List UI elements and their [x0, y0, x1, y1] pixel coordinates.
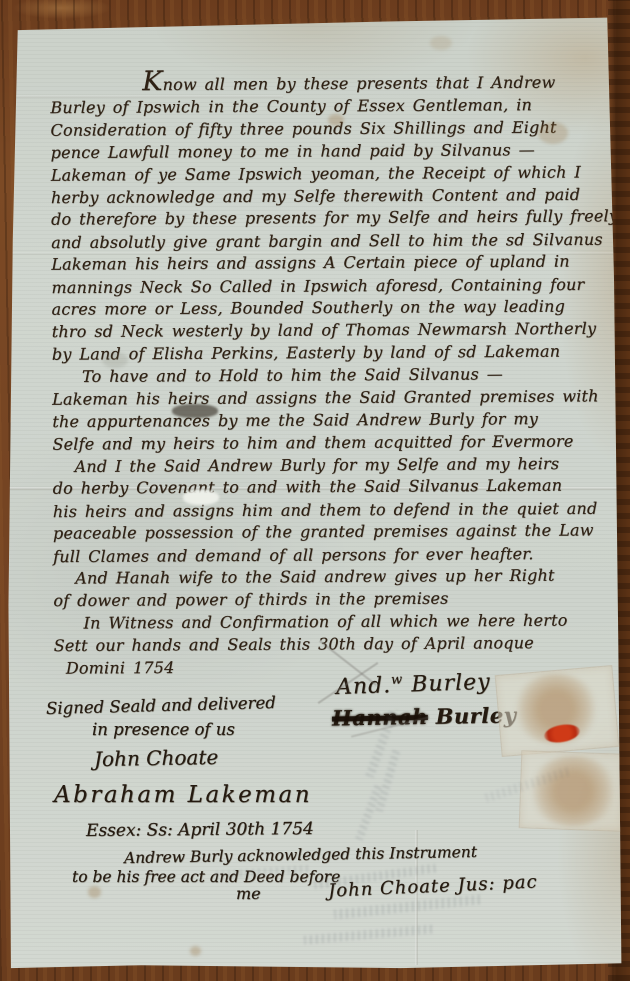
deed-document-paper: Know all men by these presents that I An…: [6, 10, 622, 970]
acknowledgment-line-2: Andrew Burly acknowledged this Instrumen…: [124, 843, 477, 867]
deed-line: do therefore by these presents for my Se…: [51, 206, 611, 232]
deed-line-habendum: To have and to Hold to him the Said Silv…: [52, 363, 612, 389]
acknowledgment-venue-date: Essex: Ss: April 30th 1754: [86, 819, 314, 841]
deed-line-witness-clause: In Witness and Confirmation of all which…: [53, 609, 613, 635]
age-stain: [538, 122, 568, 144]
paper-damage-patch: [183, 490, 219, 505]
age-stain: [88, 886, 101, 898]
deed-line: the appurtenances by me the Said Andrew …: [52, 408, 612, 434]
deed-line: by Land of Elisha Perkins, Easterly by l…: [52, 340, 612, 366]
photo-scene: Know all men by these presents that I An…: [0, 0, 630, 981]
acknowledgment-me: me: [236, 884, 261, 903]
age-stain: [430, 36, 452, 50]
bleed-through-writing: [355, 783, 382, 840]
deed-line: Lakeman his heirs and assigns the Said G…: [52, 385, 612, 411]
deed-line: Selfe and my heirs to him and them acqui…: [52, 430, 612, 456]
witness-clause-line-2: in presence of us: [92, 720, 235, 739]
deed-body-text: Know all men by these presents that I An…: [50, 68, 614, 679]
age-stain: [190, 946, 201, 956]
deed-line: peaceable possession of the granted prem…: [53, 519, 613, 545]
deed-line: herby acknowledge and my Selfe therewith…: [51, 184, 611, 210]
deed-line: of dower and power of thirds in the prem…: [53, 587, 613, 613]
witness-clause-line-1: Signed Seald and delivered: [46, 693, 276, 718]
signature-andrew-surname: Burley: [403, 670, 491, 698]
deed-line: thro sd Neck westerly by land of Thomas …: [52, 318, 612, 344]
deed-line: acres more or Less, Bounded Southerly on…: [52, 295, 612, 321]
deed-line: mannings Neck So Called in Ipswich afore…: [51, 273, 611, 299]
deed-line: Lakeman his heirs and assigns A Certain …: [51, 251, 611, 277]
smudge-stain: [102, 352, 128, 368]
wax-seal-stain-lower: [526, 756, 620, 826]
deed-line: do herby Covenant to and with the Said S…: [53, 475, 613, 501]
deed-line: and absolutly give grant bargin and Sell…: [51, 229, 611, 255]
witness-signature-abraham-lakeman: Abraham Lakeman: [54, 782, 312, 808]
deed-line-covenant: And I the Said Andrew Burly for my Selfe…: [52, 453, 612, 479]
signature-hannah-struck-name: Hannah: [332, 704, 428, 731]
ink-blot: [172, 404, 218, 418]
signature-andrew-superscript: w: [391, 672, 404, 687]
deed-line: full Clames and demand of all persons fo…: [53, 542, 613, 568]
deed-line: his heirs and assigns him and them to de…: [53, 497, 613, 523]
witness-signature-john-choate: John Choate: [94, 745, 219, 771]
deed-line: pence Lawfull money to me in hand paid b…: [51, 139, 611, 165]
deed-line: Lakeman of ye Same Ipswich yeoman, the R…: [51, 161, 611, 187]
deed-line-dower: And Hanah wife to the Said andrew gives …: [53, 564, 613, 590]
deed-line: Know all men by these presents that I An…: [50, 68, 610, 97]
age-stain: [328, 114, 344, 126]
